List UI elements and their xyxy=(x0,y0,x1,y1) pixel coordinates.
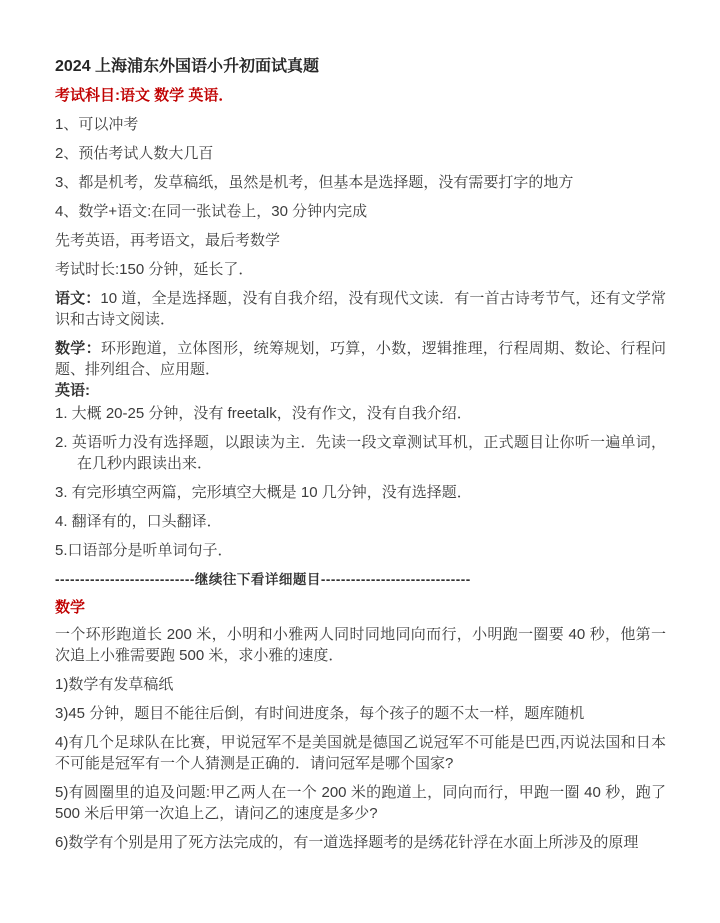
math-item-5: 5)有圆圈里的追及问题:甲乙两人在一个 200 米的跑道上，同向而行，甲跑一圈 … xyxy=(55,782,666,824)
overview-item-1: 1、可以冲考 xyxy=(55,114,666,135)
math-item-track-problem: 一个环形跑道长 200 米，小明和小雅两人同时同地同向而行，小明跑一圈要 40 … xyxy=(55,624,666,666)
page-title: 2024 上海浦东外国语小升初面试真题 xyxy=(55,56,666,77)
overview-item-order: 先考英语，再考语文，最后考数学 xyxy=(55,230,666,251)
overview-item-3: 3、都是机考，发草稿纸，虽然是机考，但基本是选择题，没有需要打字的地方 xyxy=(55,172,666,193)
math-item-6: 6)数学有个别是用了死方法完成的，有一道选择题考的是绣花针浮在水面上所涉及的原理 xyxy=(55,832,666,853)
math-section-heading: 数学 xyxy=(55,597,666,618)
math-summary: 数学：环形跑道，立体图形，统筹规划，巧算，小数，逻辑推理，行程周期、数论、行程问… xyxy=(55,338,666,380)
math-summary-text: 环形跑道，立体图形，统筹规划，巧算，小数，逻辑推理，行程周期、数论、行程问题、排… xyxy=(55,340,666,378)
english-item-4: 4. 翻译有的，口头翻译． xyxy=(55,511,666,532)
chinese-summary-label: 语文： xyxy=(55,290,100,307)
overview-item-duration: 考试时长:150 分钟，延长了． xyxy=(55,259,666,280)
math-summary-label: 数学： xyxy=(55,340,101,357)
english-item-5: 5.口语部分是听单词句子． xyxy=(55,540,666,561)
math-item-4: 4)有几个足球队在比赛，甲说冠军不是美国就是德国乙说冠军不可能是巴西,丙说法国和… xyxy=(55,732,666,774)
section-separator: ----------------------------继续往下看详细题目---… xyxy=(55,569,666,590)
chinese-summary: 语文：10 道，全是选择题，没有自我介绍，没有现代文读．有一首古诗考节气，还有文… xyxy=(55,288,666,330)
math-item-1: 1)数学有发草稿纸 xyxy=(55,674,666,695)
document-page: 2024 上海浦东外国语小升初面试真题 考试科目:语文 数学 英语． 1、可以冲… xyxy=(0,0,720,923)
chinese-summary-text: 10 道，全是选择题，没有自我介绍，没有现代文读．有一首古诗考节气，还有文学常识… xyxy=(55,290,666,328)
english-item-3: 3. 有完形填空两篇，完形填空大概是 10 几分钟，没有选择题． xyxy=(55,482,666,503)
english-section-label: 英语: xyxy=(55,380,666,401)
overview-item-2: 2、预估考试人数大几百 xyxy=(55,143,666,164)
math-item-3: 3)45 分钟，题目不能往后倒，有时间进度条，每个孩子的题不太一样，题库随机 xyxy=(55,703,666,724)
english-item-1: 1. 大概 20-25 分钟，没有 freetalk，没有作文，没有自我介绍． xyxy=(55,403,666,424)
exam-subjects-line: 考试科目:语文 数学 英语． xyxy=(55,85,666,106)
overview-item-4: 4、数学+语文:在同一张试卷上，30 分钟内完成 xyxy=(55,201,666,222)
english-item-2: 2. 英语听力没有选择题，以跟读为主．先读一段文章测试耳机，正式题目让你听一遍单… xyxy=(55,432,666,474)
